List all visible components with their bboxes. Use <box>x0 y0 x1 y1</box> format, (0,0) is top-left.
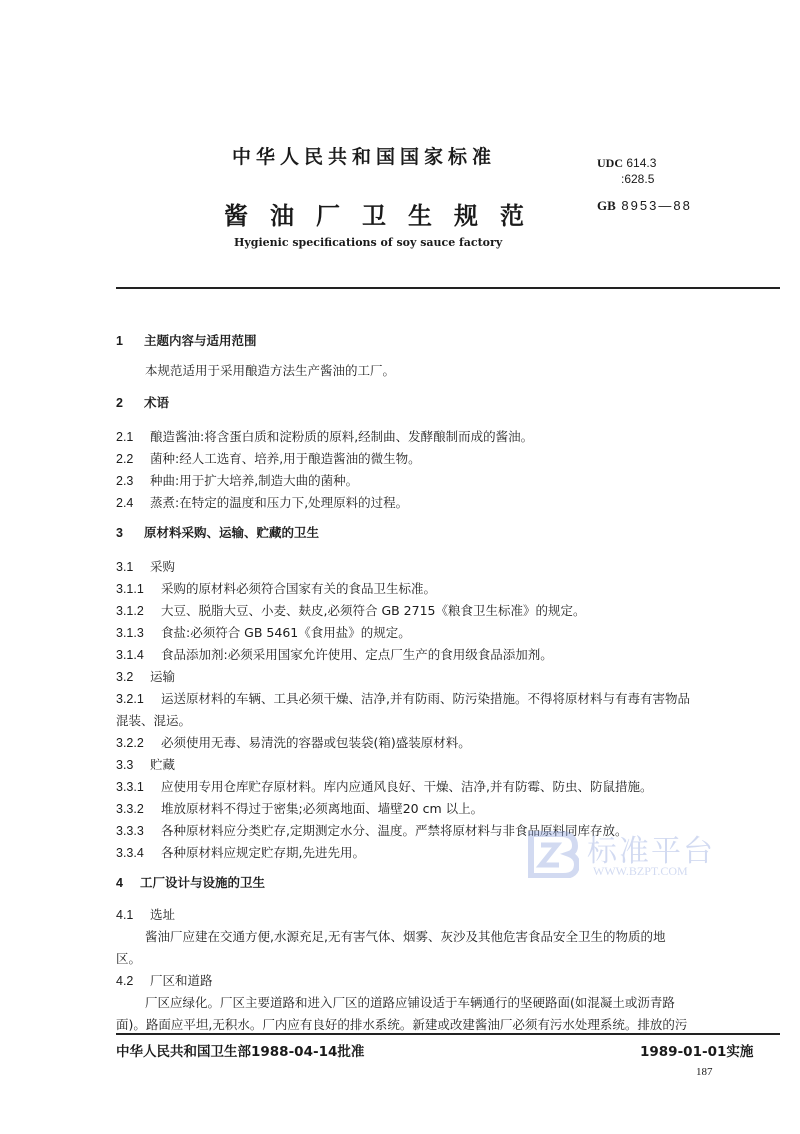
udc-label: UDC <box>597 156 623 170</box>
clause: 2.3种曲:用于扩大培养,制造大曲的菌种。 <box>116 471 358 489</box>
section-heading: 4工厂设计与设施的卫生 <box>116 873 265 891</box>
subsection-heading: 3.3贮藏 <box>116 755 175 773</box>
gb-label: GB <box>597 198 616 213</box>
paragraph-continuation: 面)。路面应平坦,无积水。厂内应有良好的排水系统。新建或改建酱油厂必须有污水处理… <box>116 1015 687 1033</box>
clause: 3.1.2大豆、脱脂大豆、小麦、麸皮,必须符合 GB 2715《粮食卫生标准》的… <box>116 601 586 619</box>
clause: 3.1.4食品添加剂:必须采用国家允许使用、定点厂生产的食用级食品添加剂。 <box>116 645 553 663</box>
section-heading: 3原材料采购、运输、贮藏的卫生 <box>116 523 319 541</box>
subsection-heading: 4.2厂区和道路 <box>116 971 213 989</box>
effective-date: 1989-01-01实施 <box>640 1040 753 1060</box>
clause: 2.1酿造酱油:将含蛋白质和淀粉质的原料,经制曲、发酵酿制而成的酱油。 <box>116 427 533 445</box>
issuing-standard-body: 中华人民共和国国家标准 <box>232 142 496 169</box>
paragraph-continuation: 区。 <box>116 949 141 967</box>
watermark-url: WWW.BZPT.COM <box>593 864 688 879</box>
clause: 3.2.1运送原材料的车辆、工具必须干燥、洁净,并有防雨、防污染措施。不得将原材… <box>116 689 690 707</box>
section-heading: 1主题内容与适用范围 <box>116 331 257 349</box>
paragraph: 厂区应绿化。厂区主要道路和进入厂区的道路应铺设适于车辆通行的坚硬路面(如混凝土或… <box>145 993 675 1011</box>
clause: 2.4蒸煮:在特定的温度和压力下,处理原料的过程。 <box>116 493 408 511</box>
clause: 3.1.1采购的原材料必须符合国家有关的食品卫生标准。 <box>116 579 436 597</box>
clause: 3.1.3食盐:必须符合 GB 5461《食用盐》的规定。 <box>116 623 411 641</box>
paragraph: 酱油厂应建在交通方便,水源充足,无有害气体、烟雾、灰沙及其他危害食品安全卫生的物… <box>145 927 665 945</box>
clause: 2.2菌种:经人工选育、培养,用于酿造酱油的微生物。 <box>116 449 421 467</box>
clause: 3.3.4各种原材料应规定贮存期,先进先用。 <box>116 843 365 861</box>
watermark: 标准平台 WWW.BZPT.COM <box>527 828 757 884</box>
gb-number-value: 8953—88 <box>621 198 691 213</box>
clause: 3.3.1应使用专用仓库贮存原材料。库内应通风良好、干燥、洁净,并有防霉、防虫、… <box>116 777 652 795</box>
clause-continuation: 混装、混运。 <box>116 711 191 729</box>
page-number: 187 <box>696 1066 713 1078</box>
subsection-heading: 3.1采购 <box>116 557 175 575</box>
footer-rule <box>116 1033 780 1035</box>
udc-line2: :628.5 <box>621 172 654 186</box>
approval-info: 中华人民共和国卫生部1988-04-14批准 <box>116 1040 364 1060</box>
bzpt-logo-icon <box>527 830 579 878</box>
clause: 3.3.2堆放原材料不得过于密集;必须离地面、墙壁20 cm 以上。 <box>116 799 483 817</box>
udc-code: UDC 614.3 <box>597 156 656 171</box>
section-heading: 2术语 <box>116 393 169 411</box>
subsection-heading: 4.1选址 <box>116 905 175 923</box>
header-rule <box>116 287 780 289</box>
subsection-heading: 3.2运输 <box>116 667 175 685</box>
gb-number: GB 8953—88 <box>597 198 692 214</box>
paragraph: 本规范适用于采用酿造方法生产酱油的工厂。 <box>145 361 395 379</box>
udc-line1: 614.3 <box>626 156 656 170</box>
document-title: 酱油厂卫生规范 <box>224 196 546 231</box>
english-title: Hygienic specifications of soy sauce fac… <box>234 236 502 249</box>
clause: 3.2.2必须使用无毒、易清洗的容器或包装袋(箱)盛装原材料。 <box>116 733 471 751</box>
